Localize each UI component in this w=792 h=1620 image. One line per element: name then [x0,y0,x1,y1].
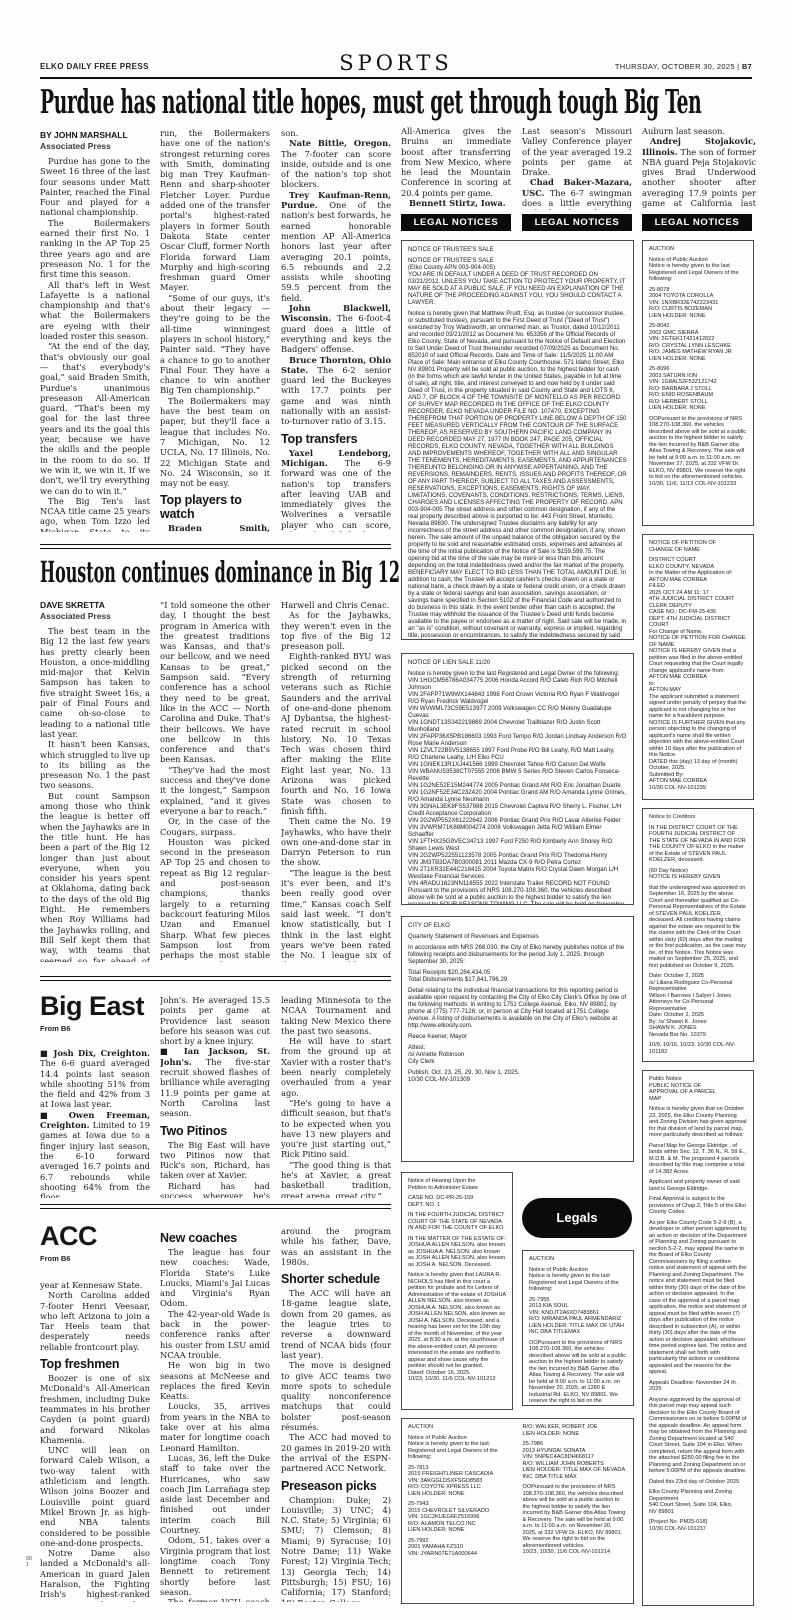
header-rule [40,77,752,79]
legal-notice-text: Date: October 2, 2025 /s/ Liliana Rodrig… [649,973,747,1038]
legal-notice-text: NOTICE OF LIEN SALE 11/20 [408,659,627,666]
article-subhead: Top players to watch [160,493,270,521]
paragraph-text: around the program while his father, Dav… [281,1226,391,1267]
bigeast-col-3: leading Minnesota to the NCAA Tournament… [281,995,391,1198]
article-paragraph: The best team in the Big 12 the last few… [40,626,150,739]
legal-notice-text: Quarterly Statement of Revenues and Expe… [408,933,627,940]
article-paragraph: ■ Owen Freeman, Creighton. Limited to 19… [40,1110,150,1198]
paragraph-text: North Carolina added 7-footer Henri Vees… [40,1290,150,1351]
paragraph-text: Loucks, 35, arrives from years in the NB… [160,1401,270,1452]
legal-notice-text: [Project No. PM25-018] 10/30 COL-NV-1012… [649,1519,747,1532]
paragraph-text: Auburn last season. [642,126,725,136]
city-of-elko-statement: CITY OF ELKOQuarterly Statement of Reven… [401,916,634,1162]
paragraph-text: It hasn't been Kansas, which struggled t… [40,739,150,790]
paragraph-lead: Nate Bittle, Oregon. [289,138,391,148]
paragraph-text: The 7-footer can score inside, outside a… [281,149,391,190]
notice-hearing-estate: Notice of Hearing Upon the Petition to A… [401,1172,513,1410]
article-paragraph: year at Kennesaw State. [40,1280,150,1290]
paragraph-text: year at Kennesaw State. [40,1280,142,1290]
legal-notice-text: Detail relating to the individual financ… [408,987,627,1029]
article-paragraph: Auburn last season. [642,126,756,136]
legal-notice-text: Notice to Creditors [649,814,747,821]
article-paragraph: Trey Kaufman-Renn, Purdue. One of the na… [281,190,391,303]
legal-notice-text: 25-7992 2001 YAMAHA FZS10 VIN: JYARN07E7… [408,1538,513,1558]
legal-notice-text: AUCTION [649,246,747,253]
legal-notice-text: 10/9, 10/16, 10/23, 10/30 COL-NV-101182 [649,1042,747,1055]
paragraph-text: Boozer is one of six McDonald's All-Amer… [40,1373,150,1445]
legal-notice-text: NOTICE OF PETITION OF CHANGE OF NAME [649,540,747,553]
legal-notice-text: Appeals Deadline: November 24 th , 2025 [649,1380,747,1393]
paragraph-text: As for the Jayhawks, they weren't even i… [281,610,391,651]
article-subhead: Top freshmen [40,1357,150,1371]
paragraph-text: “They've had the most success and they'v… [160,765,270,816]
paragraph-text: The former VCU coach grew up in Charlott… [160,1597,270,1602]
paragraph-text: Notre Dame also landed a McDonald's all-… [40,1548,150,1602]
purdue-col-1: Purdue has gone to the Sweet 16 three of… [40,156,150,532]
paragraph-text: “The league is the best it's ever been, … [281,868,391,962]
acc-col-2: New coachesThe league has four new coach… [160,1226,270,1602]
legal-notice-text: Notice is hereby given that on October 2… [649,1106,747,1139]
paragraph-text: “I told someone the other day, I thought… [160,600,270,764]
paragraph-text: He will have to start from the ground up… [281,1036,391,1097]
legal-notice-text: Attest: /s/ Annette Robinson City Clerk [408,1044,627,1065]
article-paragraph: It hasn't been Kansas, which struggled t… [40,739,150,790]
article-paragraph: He will have to start from the ground up… [281,1036,391,1098]
article-paragraph: The ACC will have an 18-game league slat… [281,1288,391,1360]
article-subhead: New coaches [160,1231,270,1245]
legal-notice-text: Notice of Public Auction Notice is hereb… [529,1267,627,1293]
paragraph-text: UNC will lean on forward Caleb Wilson, a… [40,1445,150,1548]
article-paragraph: Bruce Thornton, Ohio State. The 6-2 seni… [281,355,391,427]
article-paragraph: ■ Ian Jackson, St. John's. The five-star… [160,1046,270,1118]
byline: DAVE SKRETTA [40,600,150,611]
paragraph-text: The Big East will have two Pitinos now t… [160,1140,270,1181]
legal-notice-text: In accordance with NRS 268.030, the City… [408,944,627,965]
paragraph-text: The move is designed to give ACC teams t… [281,1360,391,1432]
paragraph-text: Eighth-ranked BYU was picked second on t… [281,651,391,815]
article-paragraph: run, the Boilermakers have one of the na… [160,128,270,293]
houston-headline-wrap: Houston continues dominance in Big 12 [40,556,391,592]
paragraph-text: The best team in the Big 12 the last few… [40,626,150,739]
article-paragraph: Loucks, 35, arrives from years in the NB… [160,1401,270,1452]
paragraph-text: The Boilermakers earned their first No. … [40,218,150,279]
article-paragraph: Or, in the case of the Cougars, surpass. [160,816,270,837]
legal-notice-text: OOPursuant to the provisions of NRS 108.… [529,1340,627,1407]
article-paragraph: “The good thing is that he's at Xavier, … [281,1160,391,1198]
legal-notice-text: DISTRICT COURT ELKO COUNTY, NEVADA In th… [649,557,747,791]
article-paragraph: Notre Dame also landed a McDonald's all-… [40,1548,150,1602]
article-subhead: Preseason picks [281,1479,391,1493]
notice-lien-sale: NOTICE OF LIEN SALE 11/20Notice is hereb… [401,653,634,905]
legal-notice-text: R/O: WALKER, ROBERT JOE LIEN HOLDER: NON… [523,1424,628,1437]
legal-notices-bar-3: LEGAL NOTICES [642,214,752,231]
article-paragraph: Shorter schedule [281,1272,391,1286]
article-paragraph: Bennett Stirtz, Iowa. [401,198,511,208]
legal-notice-text: NOTICE OF TRUSTEE'S SALE (Elko County AP… [408,257,627,306]
legal-notice-text: Applicant and property owner of said lan… [649,1179,747,1192]
paragraph-text: Or, in the case of the Cougars, surpass. [160,816,270,836]
paragraph-text: run, the Boilermakers have one of the na… [160,128,270,292]
legal-notice-text: Total Receipts $20,284,434.05 Total Disb… [408,969,627,983]
legal-notice-text: Notice of Hearing Upon the Petition to A… [408,1178,506,1191]
legal-notice-text: Anyone aggrieved by the approval of this… [649,1397,747,1475]
article-paragraph: “They've had the most success and they'v… [160,765,270,816]
article-paragraph: All-America gives the Bruins an immediat… [401,126,511,198]
article-paragraph: ■ Josh Dix, Creighton. The 6-6 guard ave… [40,1048,150,1110]
houston-col-1: The best team in the Big 12 the last few… [40,626,150,962]
article-paragraph: Odom, 51, takes over a Virginia program … [160,1535,270,1597]
houston-headline: Houston continues dominance in Big 12 [40,556,400,588]
paragraph-lead: Bennett Stirtz, Iowa. [409,198,506,208]
notice-to-creditors: Notice to CreditorsIN THE DISTRICT COURT… [642,808,754,1062]
paragraph-text: “The good thing is that he's at Xavier, … [281,1160,391,1198]
legal-notice-text: Notice of Public Auction Notice is hereb… [649,257,747,283]
acc-col-3: around the program while his father, Dav… [281,1226,391,1602]
legal-notice-text: Publish: Oct. 23, 25, 29, 30, Nov 1, 202… [408,1069,627,1083]
paragraph-text: “At the end of the day, that's obviously… [40,341,150,495]
legal-notice-text: Elko County Planning and Zoning Departme… [649,1489,747,1515]
bigeast-title: Big East [40,992,150,1020]
article-subhead: Two Pitinos [160,1124,270,1138]
article-paragraph: son. [281,128,391,138]
paragraph-text: The Big Ten's last NCAA title came 25 ye… [40,496,150,532]
auction-bottom-columns: AUCTIONNotice of Public Auction Notice i… [408,1424,627,1561]
purdue-col-5: Last season's Missouri Valley Conference… [522,126,632,210]
legal-notice-text: Parcel Map for George Eldridge , of land… [649,1143,747,1176]
paragraph-text: John's. He averaged 15.5 points per game… [160,995,270,1046]
legal-notice-text: that the undersigned was appointed on Se… [649,885,747,970]
legal-notice-text: Reece Keener, Mayor [408,1033,627,1040]
main-headline-wrap: Purdue has national title hopes, must ge… [40,84,752,124]
article-paragraph: North Carolina added 7-footer Henri Vees… [40,1290,150,1352]
bigeast-col-2: John's. He averaged 15.5 points per game… [160,995,270,1198]
paragraph-text: The Boilermakers may have the best team … [160,396,270,488]
section-divider [40,976,391,981]
paragraph-text: Then came the No. 19 Jayhawks, who have … [281,816,391,867]
legal-notice-text: (60 Day Notice) NOTICE IS HEREBY GIVEN [649,868,747,881]
article-paragraph: Then came the No. 19 Jayhawks, who have … [281,816,391,867]
article-paragraph: “Some of our guys, it's about their lega… [160,293,270,396]
paragraph-text: But count Sampson among those who think … [40,791,150,962]
legal-notice-text: NOTICE OF TRUSTEE'S SALE [408,246,627,253]
byline-credit: Associated Press [40,611,150,622]
main-headline: Purdue has national title hopes, must ge… [40,84,701,120]
article-paragraph: Top freshmen [40,1357,150,1371]
newspaper-page: ELKO DAILY FREE PRESS SPORTS THURSDAY, O… [0,0,792,1620]
article-paragraph: Chad Baker-Mazara, USC. The 6-7 swingman… [522,177,632,210]
legal-notice-text: OOPursuant to the provisions of NRS 108.… [523,1484,628,1556]
purdue-byline-block: BY JOHN MARSHALL Associated Press [40,130,150,152]
section-divider [40,544,391,549]
acc-title: ACC [40,1222,150,1250]
paragraph-text: Richard has had success wherever he's be… [160,1181,270,1198]
legal-notice-text: As per Elko County Code 5-2-9 (B), a dev… [649,1220,747,1376]
article-paragraph: Purdue has gone to the Sweet 16 three of… [40,156,150,218]
article-paragraph: The Big Ten's last NCAA title came 25 ye… [40,496,150,532]
paragraph-text: “Some of our guys, it's about their lega… [160,293,270,396]
paragraph-text: The 42-year-old Wade is back in the powe… [160,1309,270,1360]
paragraph-text: Champion: Duke; 2) Louisville; 3) UNC; 4… [281,1495,391,1602]
article-paragraph: John's. He averaged 15.5 points per game… [160,995,270,1046]
article-paragraph: Boozer is one of six McDonald's All-Amer… [40,1373,150,1445]
article-paragraph: He won big in two seasons at McNeese and… [160,1360,270,1401]
legal-notice-text: 25-8078 2004 TOYOTA COROLLA VIN: 1NXBR32… [649,287,747,320]
article-paragraph: The 42-year-old Wade is back in the powe… [160,1309,270,1360]
article-paragraph: Preseason picks [281,1479,391,1493]
acc-col-1: year at Kennesaw State.North Carolina ad… [40,1280,150,1602]
paragraph-text: The ACC had moved to 20 games in 2019-20… [281,1432,391,1473]
article-paragraph: Andrej Stojakovic, Illinois. The son of … [642,136,756,210]
legal-notice-text: IN THE MATTER OF THE ESTATE OF: JOSHUA A… [408,1236,506,1269]
paragraph-text: Houston was picked second in the preseas… [160,837,270,962]
purdue-col-4: All-America gives the Bruins an immediat… [401,126,511,210]
legal-notice-text: 25-7986 2013 HYUNDAI SONATA VIN: 5NPEC4A… [523,1441,628,1480]
notice-trustee-sale: NOTICE OF TRUSTEE'S SALENOTICE OF TRUSTE… [401,240,634,640]
paragraph-lead: Braden Smith, Purdue. [160,523,270,532]
paragraph-text: “He's going to have a difficult season, … [281,1098,391,1159]
paragraph-text: Purdue has gone to the Sweet 16 three of… [40,156,150,217]
bigeast-col-1: ■ Josh Dix, Creighton. The 6-6 guard ave… [40,1048,150,1198]
article-paragraph: “At the end of the day, that's obviously… [40,341,150,495]
legal-notice-text: 25-7813 2015 FREIGHTLINER CASCADIA VIN: … [408,1465,513,1498]
article-paragraph: But count Sampson among those who think … [40,791,150,962]
paragraph-text: He won big in two seasons at McNeese and… [160,1360,270,1401]
continued-from: From B6 [40,1254,150,1263]
auction-vehicles: AUCTIONNotice of Public Auction Notice i… [642,240,754,526]
auction-bottom: AUCTIONNotice of Public Auction Notice i… [401,1418,634,1604]
legal-notice-text: Public Notice PUBLIC NOTICE OF APPROVAL … [649,1076,747,1102]
paragraph-text: The league has four new coaches: Wade, F… [160,1247,270,1308]
article-paragraph: The Big East will have two Pitinos now t… [160,1140,270,1181]
bigeast-title-block: Big East From B6 [40,992,150,1033]
article-paragraph: “The league is the best it's ever been, … [281,868,391,962]
auction-bottom-col-2: R/O: WALKER, ROBERT JOE LIEN HOLDER: NON… [523,1424,628,1561]
paragraph-text: leading Minnesota to the NCAA Tournament… [281,995,391,1036]
public-notice-parcel-map: Public Notice PUBLIC NOTICE OF APPROVAL … [642,1070,754,1606]
article-paragraph: Two Pitinos [160,1124,270,1138]
paragraph-text: All that's left in West Lafayette is a n… [40,280,150,341]
article-paragraph: leading Minnesota to the NCAA Tournament… [281,995,391,1036]
article-paragraph: The ACC had moved to 20 games in 2019-20… [281,1432,391,1473]
article-paragraph: Braden Smith, Purdue. A unanimous choice… [160,523,270,532]
houston-byline-block: DAVE SKRETTA Associated Press [40,600,150,622]
purdue-col-3: son.Nate Bittle, Oregon. The 7-footer ca… [281,128,391,532]
page-edge-marker: 00 1 [26,1556,34,1568]
paragraph-text: Limited to 19 games at Iowa due to a fin… [40,1120,150,1198]
article-paragraph: Nate Bittle, Oregon. The 7-footer can sc… [281,138,391,189]
auction-bottom-col-1: AUCTIONNotice of Public Auction Notice i… [408,1424,513,1561]
article-paragraph: Yaxel Lendeborg, Michigan. The 6-9 forwa… [281,448,391,532]
legal-notice-text: AUCTION [408,1424,513,1431]
section-divider [40,1204,391,1209]
article-paragraph: “He's going to have a difficult season, … [281,1098,391,1160]
byline-credit: Associated Press [40,141,150,152]
article-paragraph: UNC will lean on forward Caleb Wilson, a… [40,1445,150,1548]
paragraph-text: The 6-6 guard averaged 14.4 points last … [40,1058,150,1109]
article-paragraph: Top transfers [281,432,391,446]
legal-notice-text: 25-8042 2002 GMC SIERRA VIN: 2GTEK1T4214… [649,323,747,362]
article-paragraph: All that's left in West Lafayette is a n… [40,280,150,342]
legal-notices-bar-1: LEGAL NOTICES [401,214,511,231]
article-paragraph: New coaches [160,1231,270,1245]
article-paragraph: Last season's Missouri Valley Conference… [522,126,632,177]
legal-notice-text: Dated this 23rd day of October 2025 [649,1479,747,1486]
paragraph-text: son. [281,128,298,138]
paragraph-text: The ACC will have an 18-game league slat… [281,1288,391,1360]
paragraph-text: Odom, 51, takes over a Virginia program … [160,1535,270,1596]
article-paragraph: Top players to watch [160,493,270,521]
legal-notice-text: 25-7955 2013 KIA SOUL VIN: KNDJT2A6XD748… [529,1297,627,1336]
article-paragraph: As for the Jayhawks, they weren't even i… [281,610,391,651]
dateline: THURSDAY, OCTOBER 30, 2025 | B7 [615,62,752,72]
article-paragraph: The league has four new coaches: Wade, F… [160,1247,270,1309]
article-paragraph: Richard has had success wherever he's be… [160,1181,270,1198]
article-subhead: Top transfers [281,432,391,446]
continued-from: From B6 [40,1024,150,1033]
legal-notice-text: 25-7943 2015 CHEVROLET SILVERADO VIN: 1G… [408,1501,513,1534]
legal-notice-text: Notice is hereby given to the last Regis… [408,670,627,905]
article-paragraph: Lucas, 36, left the Duke staff to take o… [160,1453,270,1535]
article-paragraph: The move is designed to give ACC teams t… [281,1360,391,1432]
date-text: THURSDAY, OCTOBER 30, 2025 | [615,62,740,71]
purdue-col-6: Auburn last season.Andrej Stojakovic, Il… [642,126,756,210]
paragraph-lead: ■ Josh Dix, Creighton. [40,1048,150,1058]
legal-notice-text: CASE NO. DC-PR-25-159 DEPT. NO. 1 [408,1195,506,1208]
paragraph-text: One of the nation's best forwards, he ea… [281,200,391,303]
houston-col-3: Harwell and Chris Cenac.As for the Jayha… [281,600,391,962]
article-paragraph: Harwell and Chris Cenac. [281,600,391,610]
auction-kia-soul: AUCTIONNotice of Public Auction Notice i… [522,1250,634,1406]
article-subhead: Shorter schedule [281,1272,391,1286]
article-paragraph: Champion: Duke; 2) Louisville; 3) UNC; 4… [281,1495,391,1602]
paragraph-text: Last season's Missouri Valley Conference… [522,126,632,177]
legal-notice-text: AUCTION [529,1256,627,1263]
article-paragraph: The Boilermakers may have the best team … [160,396,270,489]
page-number: B7 [742,62,752,71]
paragraph-text: The 6-9 forward was one of the nation's … [281,458,391,532]
legal-notices-bar-2: LEGAL NOTICES [522,214,632,231]
legal-notice-text: IN THE DISTRICT COURT OF THE FOURTH JUDI… [649,825,747,864]
article-paragraph: Houston was picked second in the preseas… [160,837,270,962]
legal-notice-text: 25-8096 2003 SATURN ION VIN: 1G8AL52F53Z… [649,366,747,412]
legals-pill: Legals [522,1198,632,1238]
legal-notice-text: CITY OF ELKO [408,922,627,929]
article-paragraph: The Boilermakers earned their first No. … [40,218,150,280]
acc-title-block: ACC From B6 [40,1222,150,1263]
article-paragraph: The former VCU coach grew up in Charlott… [160,1597,270,1602]
article-paragraph: Eighth-ranked BYU was picked second on t… [281,651,391,816]
legal-notice-text: Final Approval is subject to the provisi… [649,1196,747,1216]
legal-notice-text: OOPursuant to the provisions of NRS 108.… [649,416,747,488]
paragraph-text: All-America gives the Bruins an immediat… [401,126,511,198]
legal-notice-text: IN THE FOURTH JUDICIAL DISTRICT COURT OF… [408,1212,506,1232]
notice-name-change: NOTICE OF PETITION OF CHANGE OF NAMEDIST… [642,534,754,800]
legal-notice-text: Notice of Public Auction Notice is hereb… [408,1435,513,1461]
purdue-col-2: run, the Boilermakers have one of the na… [160,128,270,532]
article-paragraph: John Blackwell, Wisconsin. The 6-foot-4 … [281,303,391,354]
legal-notice-text: Notice is hereby given that Matthew Prui… [408,310,627,640]
houston-col-2: “I told someone the other day, I thought… [160,600,270,962]
legal-notice-text: Notice is hereby given that LAURA R. NIC… [408,1272,506,1383]
article-paragraph: “I told someone the other day, I thought… [160,600,270,765]
paragraph-text: Harwell and Chris Cenac. [281,600,389,610]
byline: BY JOHN MARSHALL [40,130,150,141]
paragraph-text: Lucas, 36, left the Duke staff to take o… [160,1453,270,1535]
paragraph-text: The son of former NBA guard Peja Stojako… [642,147,756,210]
article-paragraph: around the program while his father, Dav… [281,1226,391,1267]
